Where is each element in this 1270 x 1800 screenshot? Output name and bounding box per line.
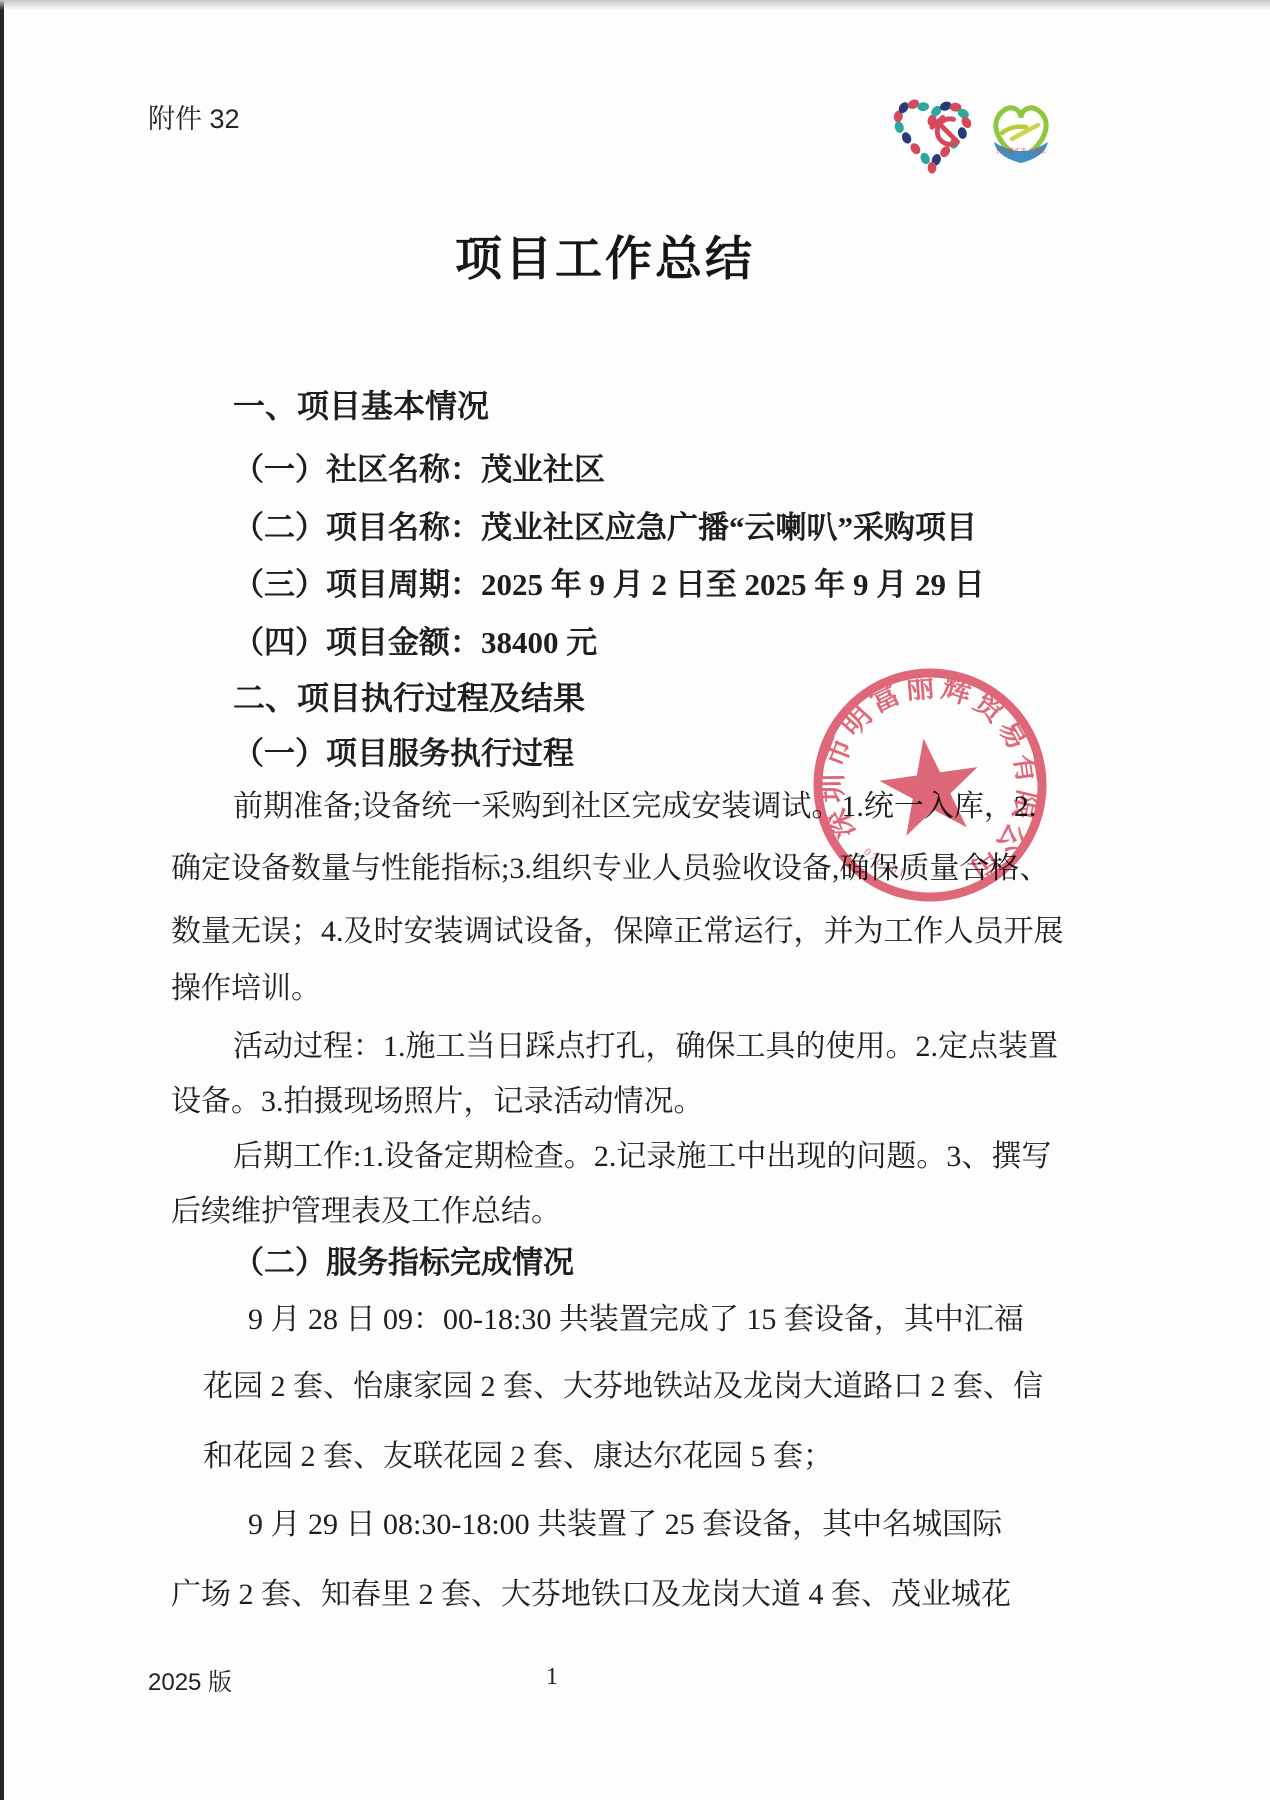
party-heart-logo [888, 92, 978, 180]
text-line: 设备。3.拍摄现场照片，记录活动情况。 [171, 1085, 704, 1120]
text-line: 活动过程：1.施工当日踩点打孔，确保工具的使用。2.定点装置 [233, 1030, 1058, 1065]
care-heart-logo: 民生微实事 大盆菜 [982, 97, 1060, 171]
text-line: 花园 2 套、怡康家园 2 套、大芬地铁站及龙岗大道路口 2 套、信 [203, 1370, 1043, 1405]
footer-page-number: 1 [546, 1664, 558, 1691]
document-page: 附件 32 [0, 0, 1270, 1800]
text-line: 广场 2 套、知春里 2 套、大芬地铁口及龙岗大道 4 套、茂业城花 [171, 1578, 1011, 1613]
text-line: 数量无误；4.及时安装调试设备，保障正常运行，并为工作人员开展 [171, 915, 1064, 950]
text-line: （二）项目名称：茂业社区应急广播“云喇叭”采购项目 [233, 510, 977, 546]
text-line: 确定设备数量与性能指标;3.组织专业人员验收设备,确保质量合格、 [171, 852, 1049, 887]
text-line: 和花园 2 套、友联花园 2 套、康达尔花园 5 套； [203, 1440, 833, 1475]
text-line: （一）项目服务执行过程 [233, 736, 574, 772]
scan-edge-left [0, 0, 4, 1800]
text-line: 9 月 28 日 09：00-18:30 共装置完成了 15 套设备，其中汇福 [248, 1303, 1024, 1338]
hammer-sickle-icon [932, 117, 957, 144]
text-line: 前期准备;设备统一采购到社区完成安装调试。1.统一入库，2. [233, 790, 1036, 825]
text-line: （一）社区名称：茂业社区 [233, 452, 605, 488]
care-banner-text: 民生微实事 大盆菜 [996, 147, 1046, 155]
text-line: （二）服务指标完成情况 [233, 1245, 574, 1281]
text-line: 操作培训。 [171, 972, 321, 1007]
text-line: 后续维护管理表及工作总结。 [171, 1195, 561, 1230]
text-line: 一、项目基本情况 [233, 388, 489, 425]
page-title: 项目工作总结 [60, 222, 1150, 289]
text-line: 后期工作:1.设备定期检查。2.记录施工中出现的问题。3、撰写 [233, 1140, 1051, 1175]
text-line: （三）项目周期：2025 年 9 月 2 日至 2025 年 9 月 29 日 [233, 567, 985, 603]
attachment-label: 附件 32 [148, 97, 240, 136]
text-line: （四）项目金额：38400 元 [233, 625, 597, 661]
text-line: 二、项目执行过程及结果 [233, 680, 585, 717]
text-line: 9 月 29 日 08:30-18:00 共装置了 25 套设备，其中名城国际 [248, 1508, 1002, 1543]
heart-of-figures-icon [893, 98, 973, 174]
scan-edge-top [0, 0, 1270, 10]
footer-edition-label: 2025 版 [148, 1662, 232, 1697]
